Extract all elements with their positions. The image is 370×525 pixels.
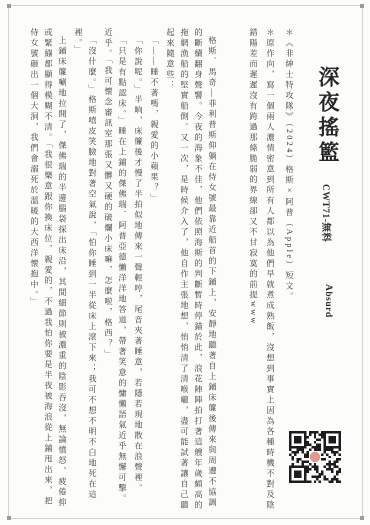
author-note-line: ＊原作向，寫一個兩人濃情密意到所有人都以為他們早就煮成熟飯，沒想到事實上因為各種… — [245, 28, 279, 514]
story-paragraph: 上鋪床簾唰地拉開了，傑佛瑞的半邊腦袋探出床沿，其間細節則被濃重的陰影吞沒，無論憤… — [27, 28, 69, 514]
corner-mark — [360, 4, 364, 8]
qr-center-icon — [310, 452, 320, 462]
qr-code — [289, 431, 341, 483]
story-paragraph: 「——睡不著嗎，親愛的小蘋果？」 — [147, 28, 161, 514]
story-paragraph: 「只是有點認床。」睡在上鋪的傑佛瑞．阿普亞德懶洋洋地答道，帶著笑意的慵懶語氣近乎… — [101, 28, 129, 514]
corner-mark — [360, 516, 364, 520]
corner-mark — [7, 4, 11, 8]
story-paragraph: 格斯．馬奇—菲利普斯仰躺在侍女號最靠近船首的下鋪上，安靜地聽著自上鋪床簾後傳來與… — [163, 28, 219, 514]
story-paragraph: 「你說呢。」半晌，床簾後才慢了半拍似地傳來一聲輕哼，尾音夾著睡意，若隱若現地散在… — [131, 28, 145, 514]
story-paragraphs: 格斯．馬奇—菲利普斯仰躺在侍女號最靠近船首的下鋪上，安靜地聽著自上鋪床簾後傳來與… — [27, 28, 219, 514]
story-paragraph: 「沒什麼。」格斯嘻皮笑臉地對著空氣說，「怕你睡到一半從床上滾下來；我可不想不明不… — [71, 28, 99, 514]
story-text: ＊《非紳士特攻隊》（2024）格斯×阿普（Apple）短文。＊原作向，寫一個兩人… — [20, 28, 298, 514]
qr-code-image — [289, 431, 341, 483]
corner-mark — [7, 516, 11, 520]
doujin-page: 深夜搖籃 CWT71-無料 Absurd ＊《非紳士特攻隊》（2024）格斯×阿… — [0, 0, 370, 525]
event-label: CWT71-無料 — [320, 184, 334, 242]
circle-name: Absurd — [323, 284, 333, 318]
